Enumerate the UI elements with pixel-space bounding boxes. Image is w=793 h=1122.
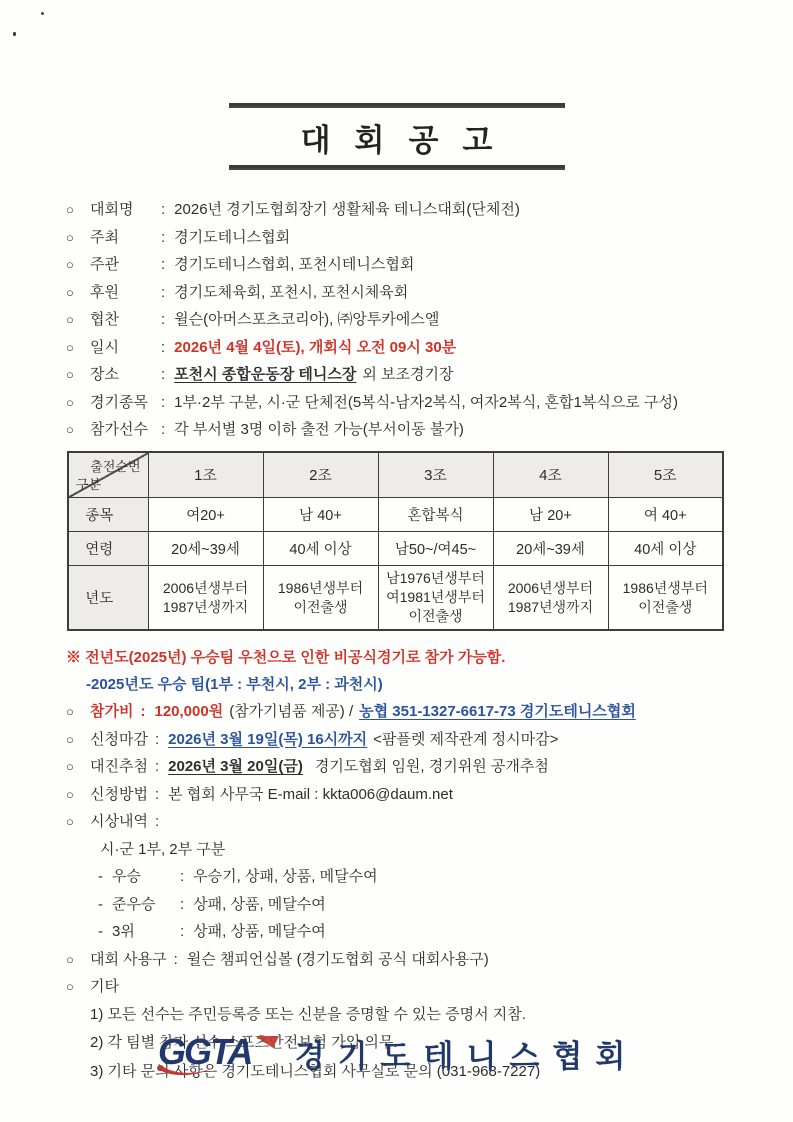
deadline-row: ○ 신청마감 : 2026년 3월 19일(목) 16시까지 <팜플렛 제작관계…: [66, 726, 763, 754]
category-table: 출전순번 구분 1조 2조 3조 4조 5조 종목 여20+ 남 40+ 혼합복…: [67, 451, 724, 632]
info-label: 주관: [90, 251, 154, 279]
row-header-label: 종목: [85, 504, 131, 525]
award-place: 준우승: [112, 891, 170, 919]
colon: :: [155, 781, 159, 809]
info-value: 경기도체육회, 포천시, 포천시체육회: [174, 279, 408, 307]
table-cell: 여20+: [148, 498, 263, 532]
table-cell: 1986년생부터 이전출생: [263, 566, 378, 631]
table-cell: 40세 이상: [608, 532, 723, 566]
table-corner-cell: 출전순번 구분: [68, 452, 148, 498]
info-value: 윌슨(아머스포츠코리아), ㈜앙투카에스엘: [174, 306, 439, 334]
table-cell: 1986년생부터 이전출생: [608, 566, 723, 631]
award-place: 우승: [112, 863, 170, 891]
fee-amount: 120,000원: [154, 698, 223, 726]
logo-acronym: GGTA: [158, 1031, 251, 1072]
note-previous-winner: ※ 전년도(2025년) 우승팀 우천으로 인한 비공식경기로 참가 가능함.: [66, 644, 763, 671]
circle-bullet-icon: ○: [66, 781, 90, 809]
row-header-label: 연령: [85, 538, 131, 559]
table-header-row: 출전순번 구분 1조 2조 3조 4조 5조: [68, 452, 723, 498]
dash: -: [98, 863, 103, 891]
apply-method-row: ○ 신청방법 : 본 협회 사무국 E-mail : kkta006@daum.…: [66, 781, 763, 809]
dash: -: [98, 918, 103, 946]
note-2025-winners: -2025년도 우승 팀(1부 : 부천시, 2부 : 과천시): [86, 671, 763, 698]
row-header: 종목: [68, 498, 148, 532]
document-body: ○ 대회명 : 2026년 경기도협회장기 생활체육 테니스대회(단체전) ○ …: [0, 170, 793, 1086]
circle-bullet-icon: ○: [66, 224, 90, 252]
official-ball-row: ○ 대회 사용구 : 윌슨 챔피언십볼 (경기도협회 공식 대회사용구): [66, 946, 763, 974]
table-row-birthyear: 년도 2006년생부터 1987년생까지 1986년생부터 이전출생 남1976…: [68, 566, 723, 631]
table-row-age: 연령 20세~39세 40세 이상 남50~/여45~ 20세~39세 40세 …: [68, 532, 723, 566]
document-page: 대회공고 ○ 대회명 : 2026년 경기도협회장기 생활체육 테니스대회(단체…: [0, 0, 793, 1122]
venue-extra: 외 보조경기장: [362, 361, 453, 389]
colon: :: [155, 753, 159, 781]
info-row-venue: ○ 장소 : 포천시 종합운동장 테니스장 외 보조경기장: [66, 361, 763, 389]
column-header: 2조: [263, 452, 378, 498]
table-cell: 남1976년생부터 여1981년생부터 이전출생: [378, 566, 493, 631]
info-label: 주최: [90, 224, 154, 252]
table-cell: 남50~/여45~: [378, 532, 493, 566]
etc-label: 기타: [90, 973, 130, 1001]
circle-bullet-icon: ○: [66, 698, 90, 726]
colon: :: [161, 416, 165, 444]
deadline-label: 신청마감: [90, 726, 148, 754]
deadline-date: 2026년 3월 19일(목) 16시까지: [168, 726, 367, 754]
table-cell: 20세~39세: [493, 532, 608, 566]
colon: :: [161, 334, 165, 362]
info-value: 2026년 경기도협회장기 생활체육 테니스대회(단체전): [174, 196, 520, 224]
info-value: 각 부서별 3명 이하 출전 가능(부서이동 불가): [174, 416, 464, 444]
awards-label: 시상내역: [90, 808, 148, 836]
venue-name: 포천시 종합운동장 테니스장: [174, 361, 356, 389]
apply-label: 신청방법: [90, 781, 148, 809]
colon: :: [161, 224, 165, 252]
colon: :: [180, 918, 184, 946]
table-cell: 2006년생부터 1987년생까지: [148, 566, 263, 631]
circle-bullet-icon: ○: [66, 389, 90, 417]
info-label: 대회명: [90, 196, 154, 224]
ball-value: 윌슨 챔피언십볼 (경기도협회 공식 대회사용구): [187, 946, 489, 974]
column-header: 5조: [608, 452, 723, 498]
circle-bullet-icon: ○: [66, 973, 90, 1001]
info-value: 1부·2부 구분, 시·군 단체전(5복식-남자2복식, 여자2복식, 혼합1복…: [174, 389, 678, 417]
logo-association-name: 경기도테니스협회: [295, 1031, 639, 1076]
colon: :: [140, 698, 145, 726]
circle-bullet-icon: ○: [66, 279, 90, 307]
info-value: 경기도테니스협회: [174, 224, 290, 252]
info-label: 참가선수: [90, 416, 154, 444]
corner-top-label: 출전순번: [90, 456, 140, 475]
info-value: 경기도테니스협회, 포천시테니스협회: [174, 251, 414, 279]
corner-bottom-label: 구분: [76, 474, 101, 493]
colon: :: [174, 946, 178, 974]
award-prize: 상패, 상품, 메달수여: [193, 918, 326, 946]
info-row-organizer: ○ 주관 : 경기도테니스협회, 포천시테니스협회: [66, 251, 763, 279]
event-date: 2026년 4월 4일(토), 개회식 오전 09시 30분: [174, 334, 456, 362]
table-cell: 20세~39세: [148, 532, 263, 566]
circle-bullet-icon: ○: [66, 416, 90, 444]
awards-division: 시·군 1부, 2부 구분: [100, 836, 763, 864]
info-label: 후원: [90, 279, 154, 307]
info-row-support: ○ 후원 : 경기도체육회, 포천시, 포천시체육회: [66, 279, 763, 307]
fee-label: 참가비: [90, 698, 133, 726]
colon: :: [161, 306, 165, 334]
table-cell: 혼합복식: [378, 498, 493, 532]
circle-bullet-icon: ○: [66, 808, 90, 836]
ggta-logo-icon: GGTA: [155, 1028, 281, 1078]
circle-bullet-icon: ○: [66, 251, 90, 279]
info-row-players: ○ 참가선수 : 각 부서별 3명 이하 출전 가능(부서이동 불가): [66, 416, 763, 444]
etc-item-1: 1) 모든 선수는 주민등록증 또는 신분을 증명할 수 있는 증명서 지참.: [90, 1001, 763, 1030]
dash: -: [98, 891, 103, 919]
circle-bullet-icon: ○: [66, 726, 90, 754]
info-label: 협찬: [90, 306, 154, 334]
bank-account: 농협 351-1327-6617-73 경기도테니스협회: [359, 698, 636, 726]
table-cell: 남 20+: [493, 498, 608, 532]
circle-bullet-icon: ○: [66, 361, 90, 389]
info-row-sponsor: ○ 협찬 : 윌슨(아머스포츠코리아), ㈜앙투카에스엘: [66, 306, 763, 334]
draw-note: 경기도협회 임원, 경기위원 공개추첨: [315, 753, 549, 781]
award-row-winner: - 우승 : 우승기, 상패, 상품, 메달수여: [98, 863, 763, 891]
info-row-datetime: ○ 일시 : 2026년 4월 4일(토), 개회식 오전 09시 30분: [66, 334, 763, 362]
info-row-host: ○ 주최 : 경기도테니스협회: [66, 224, 763, 252]
colon: :: [155, 808, 159, 836]
fee-gift: (참가기념품 제공) /: [229, 698, 353, 726]
colon: :: [161, 361, 165, 389]
title-box: 대회공고: [229, 103, 565, 170]
draw-label: 대진추첨: [90, 753, 148, 781]
column-header: 4조: [493, 452, 608, 498]
row-header-label: 년도: [85, 587, 131, 608]
column-header: 3조: [378, 452, 493, 498]
row-header: 연령: [68, 532, 148, 566]
etc-heading-row: ○ 기타: [66, 973, 763, 1001]
entry-fee-row: ○ 참가비 : 120,000원 (참가기념품 제공) / 농협 351-132…: [66, 698, 763, 726]
colon: :: [180, 863, 184, 891]
circle-bullet-icon: ○: [66, 306, 90, 334]
deadline-note: <팜플렛 제작관계 정시마감>: [373, 726, 558, 754]
info-label: 일시: [90, 334, 154, 362]
colon: :: [161, 251, 165, 279]
circle-bullet-icon: ○: [66, 946, 90, 974]
column-header: 1조: [148, 452, 263, 498]
awards-heading-row: ○ 시상내역 :: [66, 808, 763, 836]
scan-artifact: [13, 32, 16, 36]
circle-bullet-icon: ○: [66, 753, 90, 781]
colon: :: [180, 891, 184, 919]
association-logo: GGTA 경기도테니스협회: [0, 1028, 793, 1078]
apply-email: 본 협회 사무국 E-mail : kkta006@daum.net: [168, 781, 453, 809]
info-row-event-name: ○ 대회명 : 2026년 경기도협회장기 생활체육 테니스대회(단체전): [66, 196, 763, 224]
info-row-events: ○ 경기종목 : 1부·2부 구분, 시·군 단체전(5복식-남자2복식, 여자…: [66, 389, 763, 417]
draw-row: ○ 대진추첨 : 2026년 3월 20일(금) 경기도협회 임원, 경기위원 …: [66, 753, 763, 781]
colon: :: [155, 726, 159, 754]
award-prize: 우승기, 상패, 상품, 메달수여: [193, 863, 377, 891]
page-title: 대회공고: [229, 108, 565, 165]
award-place: 3위: [112, 918, 170, 946]
colon: :: [161, 389, 165, 417]
award-row-runnerup: - 준우승 : 상패, 상품, 메달수여: [98, 891, 763, 919]
table-cell: 40세 이상: [263, 532, 378, 566]
colon: :: [161, 279, 165, 307]
table-cell: 남 40+: [263, 498, 378, 532]
award-row-third: - 3위 : 상패, 상품, 메달수여: [98, 918, 763, 946]
info-label: 경기종목: [90, 389, 154, 417]
circle-bullet-icon: ○: [66, 334, 90, 362]
ball-label: 대회 사용구: [90, 946, 167, 974]
colon: :: [161, 196, 165, 224]
table-row-discipline: 종목 여20+ 남 40+ 혼합복식 남 20+ 여 40+: [68, 498, 723, 532]
draw-date: 2026년 3월 20일(금): [168, 753, 303, 781]
row-header: 년도: [68, 566, 148, 631]
circle-bullet-icon: ○: [66, 196, 90, 224]
info-label: 장소: [90, 361, 154, 389]
award-prize: 상패, 상품, 메달수여: [193, 891, 326, 919]
table-cell: 2006년생부터 1987년생까지: [493, 566, 608, 631]
table-cell: 여 40+: [608, 498, 723, 532]
scan-artifact: [41, 12, 44, 15]
